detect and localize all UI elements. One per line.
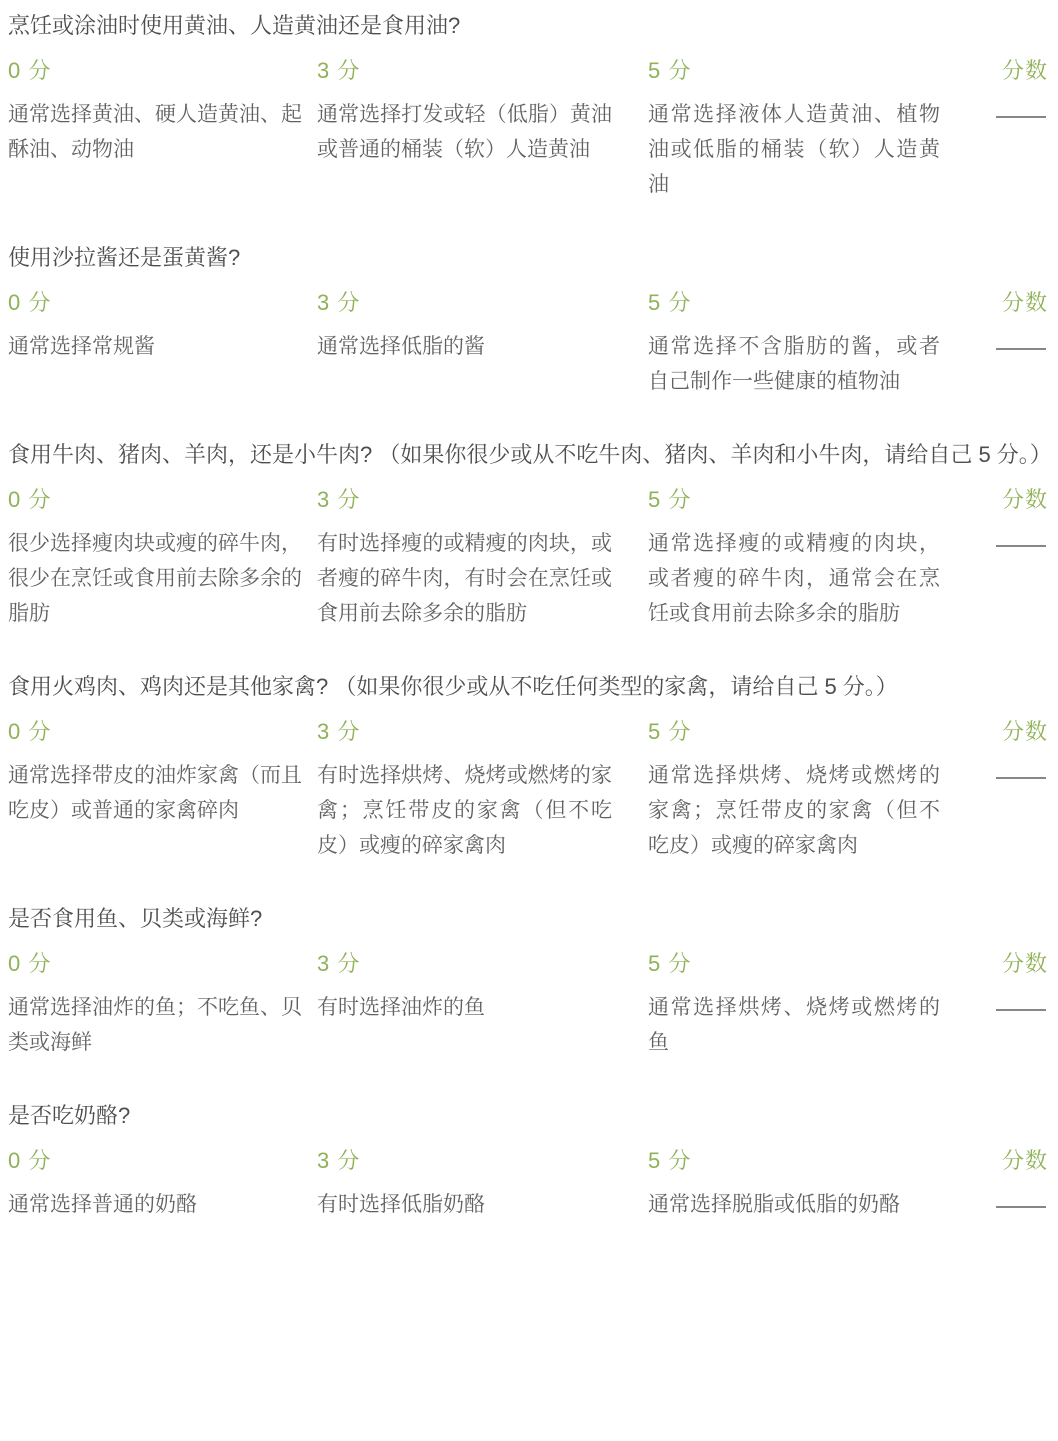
score-header: 分数 <box>976 57 1048 85</box>
option-0-points: 0 分 通常选择常规酱 <box>8 289 317 399</box>
score-blank-line <box>996 348 1046 350</box>
points-header-5: 5 分 <box>648 1147 940 1175</box>
score-blank-line <box>996 777 1046 779</box>
option-3-points: 3 分 有时选择低脂奶酪 <box>317 1147 648 1222</box>
option-text: 通常选择烘烤、烧烤或燃烤的鱼 <box>648 990 940 1060</box>
option-3-points: 3 分 有时选择油炸的鱼 <box>317 950 648 1060</box>
points-header-0: 0 分 <box>8 289 302 317</box>
option-text: 通常选择普通的奶酪 <box>8 1187 302 1222</box>
points-header-0: 0 分 <box>8 718 302 746</box>
option-3-points: 3 分 通常选择打发或轻（低脂）黄油或普通的桶装（软）人造黄油 <box>317 57 648 202</box>
option-0-points: 0 分 通常选择普通的奶酪 <box>8 1147 317 1222</box>
score-blank-line <box>996 116 1046 118</box>
option-text: 通常选择打发或轻（低脂）黄油或普通的桶装（软）人造黄油 <box>317 97 612 167</box>
points-header-5: 5 分 <box>648 950 940 978</box>
question-text: 烹饪或涂油时使用黄油、人造黄油还是食用油? <box>8 8 1048 43</box>
option-text: 通常选择不含脂肪的酱，或者自己制作一些健康的植物油 <box>648 329 940 399</box>
points-header-0: 0 分 <box>8 950 302 978</box>
points-header-5: 5 分 <box>648 486 940 514</box>
option-text: 通常选择瘦的或精瘦的肉块，或者瘦的碎牛肉，通常会在烹饪或食用前去除多余的脂肪 <box>648 526 940 631</box>
score-header: 分数 <box>976 486 1048 514</box>
option-text: 通常选择油炸的鱼；不吃鱼、贝类或海鲜 <box>8 990 302 1060</box>
option-text: 通常选择烘烤、烧烤或燃烤的家禽；烹饪带皮的家禽（但不吃皮）或瘦的碎家禽肉 <box>648 758 940 863</box>
question-text: 食用牛肉、猪肉、羊肉，还是小牛肉? （如果你很少或从不吃牛肉、猪肉、羊肉和小牛肉… <box>8 437 1048 472</box>
options-row: 0 分 通常选择带皮的油炸家禽（而且吃皮）或普通的家禽碎肉 3 分 有时选择烘烤… <box>8 718 1048 863</box>
option-text: 通常选择带皮的油炸家禽（而且吃皮）或普通的家禽碎肉 <box>8 758 302 828</box>
points-header-5: 5 分 <box>648 57 940 85</box>
option-text: 通常选择黄油、硬人造黄油、起酥油、动物油 <box>8 97 302 167</box>
score-column: 分数 <box>976 57 1048 202</box>
options-row: 0 分 很少选择瘦肉块或瘦的碎牛肉，很少在烹饪或食用前去除多余的脂肪 3 分 有… <box>8 486 1048 631</box>
option-text: 通常选择低脂的酱 <box>317 329 612 364</box>
option-0-points: 0 分 很少选择瘦肉块或瘦的碎牛肉，很少在烹饪或食用前去除多余的脂肪 <box>8 486 317 631</box>
option-3-points: 3 分 通常选择低脂的酱 <box>317 289 648 399</box>
questionnaire-page: 烹饪或涂油时使用黄油、人造黄油还是食用油? 0 分 通常选择黄油、硬人造黄油、起… <box>0 0 1058 1222</box>
option-text: 通常选择脱脂或低脂的奶酪 <box>648 1187 940 1222</box>
points-header-3: 3 分 <box>317 486 612 514</box>
question-text: 食用火鸡肉、鸡肉还是其他家禽? （如果你很少或从不吃任何类型的家禽，请给自己 5… <box>8 669 1048 704</box>
points-header-3: 3 分 <box>317 1147 612 1175</box>
option-0-points: 0 分 通常选择带皮的油炸家禽（而且吃皮）或普通的家禽碎肉 <box>8 718 317 863</box>
points-header-3: 3 分 <box>317 289 612 317</box>
points-header-0: 0 分 <box>8 57 302 85</box>
score-blank-line <box>996 1009 1046 1011</box>
score-header: 分数 <box>976 289 1048 317</box>
question-block-2: 使用沙拉酱还是蛋黄酱? 0 分 通常选择常规酱 3 分 通常选择低脂的酱 5 分… <box>8 240 1048 399</box>
options-row: 0 分 通常选择黄油、硬人造黄油、起酥油、动物油 3 分 通常选择打发或轻（低脂… <box>8 57 1048 202</box>
score-blank-line <box>996 1206 1046 1208</box>
score-column: 分数 <box>976 1147 1048 1222</box>
points-header-0: 0 分 <box>8 486 302 514</box>
question-block-4: 食用火鸡肉、鸡肉还是其他家禽? （如果你很少或从不吃任何类型的家禽，请给自己 5… <box>8 669 1048 863</box>
option-5-points: 5 分 通常选择烘烤、烧烤或燃烤的家禽；烹饪带皮的家禽（但不吃皮）或瘦的碎家禽肉 <box>648 718 976 863</box>
points-header-3: 3 分 <box>317 57 612 85</box>
option-0-points: 0 分 通常选择黄油、硬人造黄油、起酥油、动物油 <box>8 57 317 202</box>
score-header: 分数 <box>976 1147 1048 1175</box>
question-text: 使用沙拉酱还是蛋黄酱? <box>8 240 1048 275</box>
points-header-3: 3 分 <box>317 950 612 978</box>
option-3-points: 3 分 有时选择瘦的或精瘦的肉块，或者瘦的碎牛肉，有时会在烹饪或食用前去除多余的… <box>317 486 648 631</box>
option-3-points: 3 分 有时选择烘烤、烧烤或燃烤的家禽；烹饪带皮的家禽（但不吃皮）或瘦的碎家禽肉 <box>317 718 648 863</box>
option-text: 通常选择常规酱 <box>8 329 302 364</box>
option-text: 有时选择瘦的或精瘦的肉块，或者瘦的碎牛肉，有时会在烹饪或食用前去除多余的脂肪 <box>317 526 612 631</box>
option-5-points: 5 分 通常选择瘦的或精瘦的肉块，或者瘦的碎牛肉，通常会在烹饪或食用前去除多余的… <box>648 486 976 631</box>
points-header-0: 0 分 <box>8 1147 302 1175</box>
score-header: 分数 <box>976 950 1048 978</box>
option-5-points: 5 分 通常选择烘烤、烧烤或燃烤的鱼 <box>648 950 976 1060</box>
options-row: 0 分 通常选择常规酱 3 分 通常选择低脂的酱 5 分 通常选择不含脂肪的酱，… <box>8 289 1048 399</box>
option-text: 有时选择油炸的鱼 <box>317 990 612 1025</box>
points-header-3: 3 分 <box>317 718 612 746</box>
points-header-5: 5 分 <box>648 289 940 317</box>
question-block-1: 烹饪或涂油时使用黄油、人造黄油还是食用油? 0 分 通常选择黄油、硬人造黄油、起… <box>8 8 1048 202</box>
score-column: 分数 <box>976 289 1048 399</box>
score-blank-line <box>996 545 1046 547</box>
question-block-5: 是否食用鱼、贝类或海鲜? 0 分 通常选择油炸的鱼；不吃鱼、贝类或海鲜 3 分 … <box>8 901 1048 1060</box>
option-text: 通常选择液体人造黄油、植物油或低脂的桶装（软）人造黄油 <box>648 97 940 202</box>
question-text: 是否食用鱼、贝类或海鲜? <box>8 901 1048 936</box>
score-column: 分数 <box>976 486 1048 631</box>
score-column: 分数 <box>976 718 1048 863</box>
option-0-points: 0 分 通常选择油炸的鱼；不吃鱼、贝类或海鲜 <box>8 950 317 1060</box>
option-text: 很少选择瘦肉块或瘦的碎牛肉，很少在烹饪或食用前去除多余的脂肪 <box>8 526 302 631</box>
question-block-3: 食用牛肉、猪肉、羊肉，还是小牛肉? （如果你很少或从不吃牛肉、猪肉、羊肉和小牛肉… <box>8 437 1048 631</box>
option-5-points: 5 分 通常选择脱脂或低脂的奶酪 <box>648 1147 976 1222</box>
score-header: 分数 <box>976 718 1048 746</box>
question-text: 是否吃奶酪? <box>8 1098 1048 1133</box>
question-block-6: 是否吃奶酪? 0 分 通常选择普通的奶酪 3 分 有时选择低脂奶酪 5 分 通常… <box>8 1098 1048 1222</box>
points-header-5: 5 分 <box>648 718 940 746</box>
option-text: 有时选择烘烤、烧烤或燃烤的家禽；烹饪带皮的家禽（但不吃皮）或瘦的碎家禽肉 <box>317 758 612 863</box>
option-text: 有时选择低脂奶酪 <box>317 1187 612 1222</box>
options-row: 0 分 通常选择油炸的鱼；不吃鱼、贝类或海鲜 3 分 有时选择油炸的鱼 5 分 … <box>8 950 1048 1060</box>
option-5-points: 5 分 通常选择不含脂肪的酱，或者自己制作一些健康的植物油 <box>648 289 976 399</box>
options-row: 0 分 通常选择普通的奶酪 3 分 有时选择低脂奶酪 5 分 通常选择脱脂或低脂… <box>8 1147 1048 1222</box>
score-column: 分数 <box>976 950 1048 1060</box>
option-5-points: 5 分 通常选择液体人造黄油、植物油或低脂的桶装（软）人造黄油 <box>648 57 976 202</box>
